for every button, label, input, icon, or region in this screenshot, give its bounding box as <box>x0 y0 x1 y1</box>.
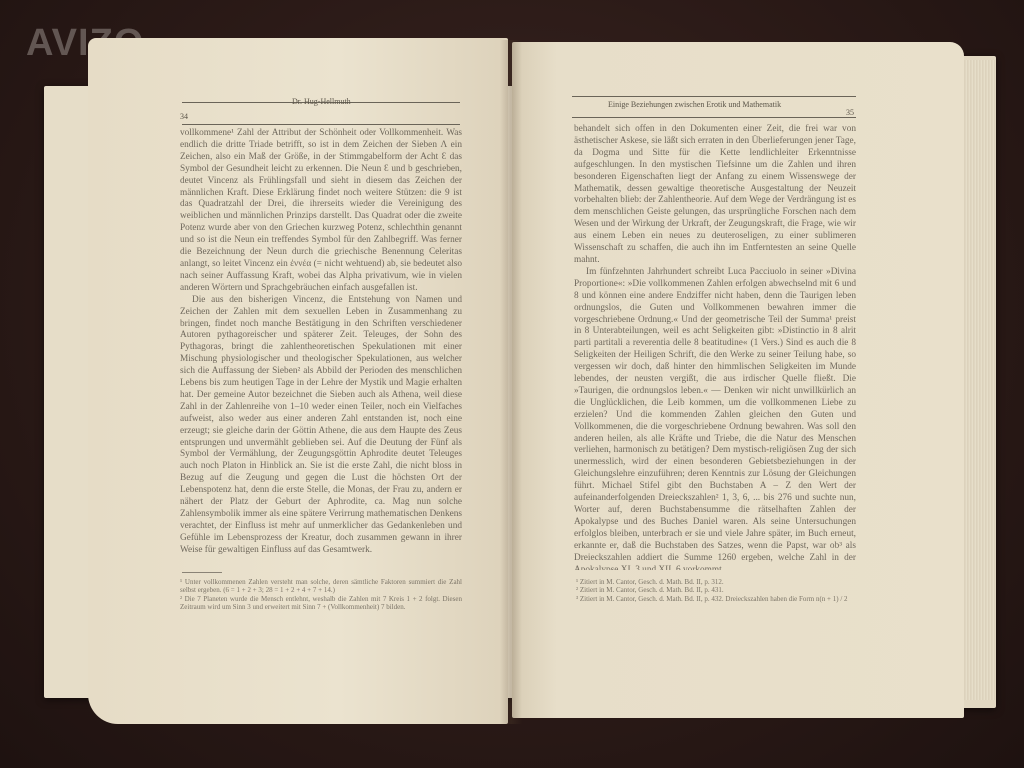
right-page-number: 35 <box>846 108 854 117</box>
footnote: ² Die 7 Planeten wurde die Mensch entleh… <box>180 595 462 612</box>
footnote: ¹ Unter vollkommenen Zahlen versteht man… <box>180 578 462 595</box>
page-edge-stack <box>962 60 996 700</box>
header-rule-bottom-right <box>572 117 856 118</box>
left-page-number: 34 <box>180 112 188 121</box>
footnote: ³ Zitiert in M. Cantor, Gesch. d. Math. … <box>576 595 858 603</box>
right-page-body: behandelt sich offen in den Dokumenten e… <box>574 124 856 570</box>
header-rule-top-right <box>572 96 856 97</box>
right-footnotes: ¹ Zitiert in M. Cantor, Gesch. d. Math. … <box>576 578 858 603</box>
header-rule-bottom-left <box>182 124 460 125</box>
right-running-head: Einige Beziehungen zwischen Erotik und M… <box>608 100 781 109</box>
footnote: ¹ Zitiert in M. Cantor, Gesch. d. Math. … <box>576 578 858 586</box>
paragraph: behandelt sich offen in den Dokumenten e… <box>574 124 856 267</box>
paragraph: Die aus den bisherigen Vincenz, die Ents… <box>180 295 462 557</box>
paragraph: Im fünfzehnten Jahrhundert schreibt Luca… <box>574 267 856 570</box>
footnote: ² Zitiert in M. Cantor, Gesch. d. Math. … <box>576 586 858 594</box>
book-gutter <box>500 40 522 724</box>
left-page-body: vollkommene¹ Zahl der Attribut der Schön… <box>180 128 462 564</box>
left-running-head: Dr. Hug-Hellmuth <box>292 97 351 106</box>
left-footnotes: ¹ Unter vollkommenen Zahlen versteht man… <box>180 578 462 612</box>
paragraph: vollkommene¹ Zahl der Attribut der Schön… <box>180 128 462 295</box>
footnote-rule-left <box>182 572 222 573</box>
